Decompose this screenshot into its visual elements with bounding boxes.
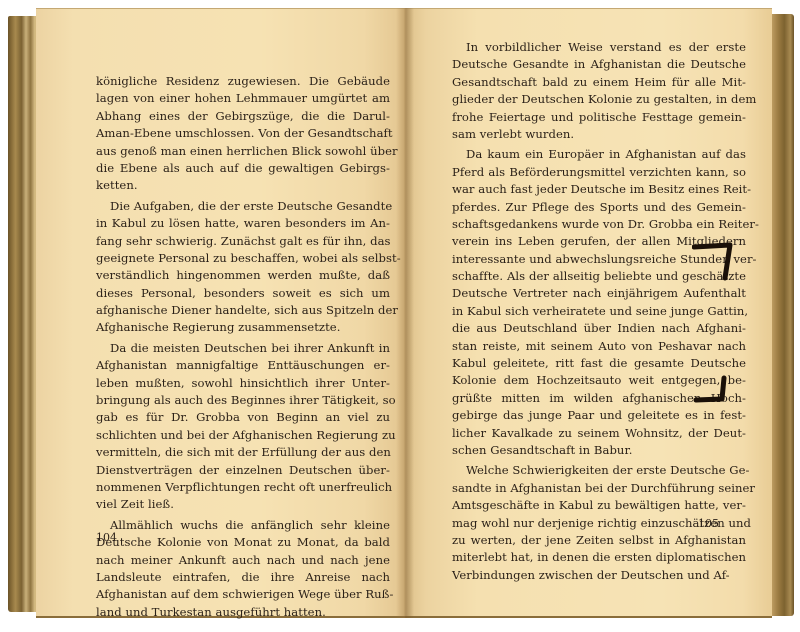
text-line: bringung als auch des Beginnes ihrer Tät… bbox=[96, 392, 390, 409]
text-line: nach meiner Ankunft auch nach und nach j… bbox=[96, 552, 390, 569]
text-line: fang sehr schwierig. Zunächst galt es fü… bbox=[96, 233, 390, 250]
text-line: Deutsche Kolonie von Monat zu Monat, da … bbox=[96, 534, 390, 551]
text-line: Die Aufgaben, die der erste Deutsche Ges… bbox=[96, 198, 390, 215]
text-line: Afghanische Regierung zusammensetzte. bbox=[96, 319, 390, 336]
text-line: Pferd als Beförderungsmittel verzichten … bbox=[452, 164, 746, 181]
text-line: königliche Residenz zugewiesen. Die Gebä… bbox=[96, 73, 390, 90]
right-page-stack-edge bbox=[770, 14, 794, 616]
text-line: gebirge das junge Paar und geleitete es … bbox=[452, 407, 746, 424]
text-line: Deutsche Gesandte in Afghanistan die Deu… bbox=[452, 56, 746, 73]
open-book: königliche Residenz zugewiesen. Die Gebä… bbox=[0, 0, 800, 632]
text-line: Deutsche Vertreter nach einjährigem Aufe… bbox=[452, 285, 746, 302]
text-line: Da kaum ein Europäer in Afghanistan auf … bbox=[452, 146, 746, 163]
text-line: nommenen Verpflichtungen recht oft unerf… bbox=[96, 479, 390, 496]
text-line: Gesandtschaft bald zu einem Heim für all… bbox=[452, 74, 746, 91]
text-line: schaftsgedankens wurde von Dr. Grobba ei… bbox=[452, 216, 746, 233]
text-line: miterlebt hat, in denen die ersten diplo… bbox=[452, 549, 746, 566]
page-number-left: 104 bbox=[96, 531, 117, 544]
text-line: ketten. bbox=[96, 177, 390, 194]
paragraph: Da die meisten Deutschen bei ihrer Ankun… bbox=[96, 340, 390, 514]
text-line: die aus Deutschland über Indien nach Afg… bbox=[452, 320, 746, 337]
bracket-start-mark-icon bbox=[692, 238, 738, 282]
text-line: in Kabul sich verheiratete und seine jun… bbox=[452, 303, 746, 320]
text-line: pferdes. Zur Pflege des Sports und des G… bbox=[452, 199, 746, 216]
text-line: Aman-Ebene umschlossen. Von der Gesandts… bbox=[96, 125, 390, 142]
text-line: Amtsgeschäfte in Kabul zu bewältigen hat… bbox=[452, 497, 746, 514]
text-line: land und Turkestan ausgeführt hatten. bbox=[96, 604, 390, 621]
text-line: frohe Feiertage und politische Festtage … bbox=[452, 109, 746, 126]
text-line: Allmählich wuchs die anfänglich sehr kle… bbox=[96, 517, 390, 534]
paragraph: königliche Residenz zugewiesen. Die Gebä… bbox=[96, 73, 390, 195]
left-page-text: königliche Residenz zugewiesen. Die Gebä… bbox=[96, 73, 390, 621]
right-page-text: In vorbildlicher Weise verstand es der e… bbox=[452, 39, 746, 584]
text-line: gab es für Dr. Grobba von Beginn an viel… bbox=[96, 409, 390, 426]
paragraph: Da kaum ein Europäer in Afghanistan auf … bbox=[452, 146, 746, 459]
text-line: Afghanistan mannigfaltige Enttäuschungen… bbox=[96, 357, 390, 374]
paragraph: Allmählich wuchs die anfänglich sehr kle… bbox=[96, 517, 390, 621]
text-line: Verbindungen zwischen der Deutschen und … bbox=[452, 567, 746, 584]
text-line: verständlich hingenommen werden mußte, d… bbox=[96, 267, 390, 284]
left-page: königliche Residenz zugewiesen. Die Gebä… bbox=[36, 8, 408, 618]
text-line: war auch fast jeder Deutsche im Besitz e… bbox=[452, 181, 746, 198]
text-line: vermitteln, die sich mit der Erfüllung d… bbox=[96, 444, 390, 461]
page-number-right: 105 bbox=[698, 517, 719, 530]
text-line: Abhang eines der Gebirgszüge, die die Da… bbox=[96, 108, 390, 125]
book-gutter bbox=[396, 8, 414, 618]
right-page: In vorbildlicher Weise verstand es der e… bbox=[404, 8, 772, 618]
text-line: Kabul geleitete, ritt fast die gesamte D… bbox=[452, 355, 746, 372]
text-line: Welche Schwierigkeiten der erste Deutsch… bbox=[452, 462, 746, 479]
text-line: afghanische Diener handelte, sich aus Sp… bbox=[96, 302, 390, 319]
text-line: die Ebene als auch auf die gewaltigen Ge… bbox=[96, 160, 390, 177]
text-line: viel Zeit ließ. bbox=[96, 496, 390, 513]
text-line: stan reiste, mit seinem Auto von Peshava… bbox=[452, 338, 746, 355]
bracket-end-mark-icon bbox=[692, 375, 732, 405]
text-line: zu werten, der jene Zeiten selbst in Afg… bbox=[452, 532, 746, 549]
text-line: licher Kavalkade zu seinem Wohnsitz, der… bbox=[452, 425, 746, 442]
text-line: Da die meisten Deutschen bei ihrer Ankun… bbox=[96, 340, 390, 357]
text-line: leben mußten, sowohl hinsichtlich ihrer … bbox=[96, 375, 390, 392]
text-line: aus genoß man einen herrlichen Blick sow… bbox=[96, 143, 390, 160]
paragraph: Die Aufgaben, die der erste Deutsche Ges… bbox=[96, 198, 390, 337]
text-line: in Kabul zu lösen hatte, waren besonders… bbox=[96, 215, 390, 232]
text-line: schen Gesandtschaft in Babur. bbox=[452, 442, 746, 459]
text-line: In vorbildlicher Weise verstand es der e… bbox=[452, 39, 746, 56]
text-line: glieder der Deutschen Kolonie zu gestalt… bbox=[452, 91, 746, 108]
text-line: dieses Personal, besonders soweit es sic… bbox=[96, 285, 390, 302]
text-line: Landsleute eintrafen, die ihre Anreise n… bbox=[96, 569, 390, 586]
left-page-stack-edge bbox=[8, 16, 38, 612]
text-line: sam verlebt wurden. bbox=[452, 126, 746, 143]
text-line: schlichten und bei der Afghanischen Regi… bbox=[96, 427, 390, 444]
paragraph: In vorbildlicher Weise verstand es der e… bbox=[452, 39, 746, 143]
text-line: sandte in Afghanistan bei der Durchführu… bbox=[452, 480, 746, 497]
text-line: Dienstverträgen der einzelnen Deutschen … bbox=[96, 462, 390, 479]
text-line: geeignete Personal zu beschaffen, wobei … bbox=[96, 250, 390, 267]
text-line: lagen von einer hohen Lehmmauer umgürtet… bbox=[96, 90, 390, 107]
text-line: Afghanistan auf dem schwierigen Wege übe… bbox=[96, 586, 390, 603]
